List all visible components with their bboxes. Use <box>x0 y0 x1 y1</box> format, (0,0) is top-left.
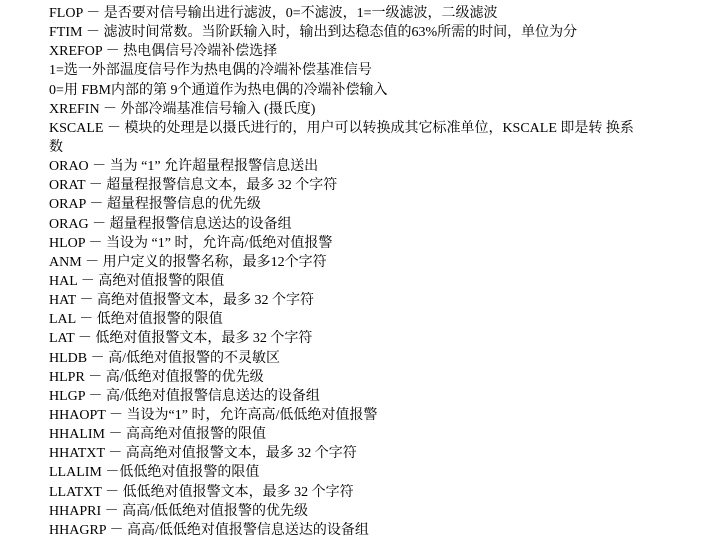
line-hlpr: HLPR － 高/低绝对值报警的优先级 <box>49 368 720 387</box>
line-orap: ORAP － 超量程报警信息的优先级 <box>49 195 720 214</box>
line-llalim: LLALIM －低低绝对值报警的限值 <box>49 463 720 482</box>
line-lat: LAT － 低绝对值报警文本，最多 32 个字符 <box>49 329 720 348</box>
line-kscale: KSCALE － 模块的处理是以摄氏进行的，用户可以转换成其它标准单位，KSCA… <box>49 119 720 138</box>
line-ftim: FTIM － 滤波时间常数。当阶跃输入时，输出到达稳态值的63%所需的时间，单位… <box>49 23 720 42</box>
line-orat: ORAT － 超量程报警信息文本，最多 32 个字符 <box>49 176 720 195</box>
line-orag: ORAG － 超量程报警信息送达的设备组 <box>49 215 720 234</box>
line-hhaopt: HHAOPT － 当设为“1” 时，允许高高/低低绝对值报警 <box>49 406 720 425</box>
line-hhatxt: HHATXT － 高高绝对值报警文本，最多 32 个字符 <box>49 444 720 463</box>
line-hldb: HLDB － 高/低绝对值报警的不灵敏区 <box>49 349 720 368</box>
line-hhalim: HHALIM － 高高绝对值报警的限值 <box>49 425 720 444</box>
line-xrefop: XREFOP － 热电偶信号冷端补偿选择 <box>49 42 720 61</box>
line-hat: HAT － 高绝对值报警文本，最多 32 个字符 <box>49 291 720 310</box>
line-llatxt: LLATXT － 低低绝对值报警文本，最多 32 个字符 <box>49 483 720 502</box>
line-xrefop-option-0: 0=用 FBM内部的第 9个通道作为热电偶的冷端补偿输入 <box>49 81 720 100</box>
line-kscale-continued: 数 <box>49 138 720 157</box>
line-hhapri: HHAPRI － 高高/低低绝对值报警的优先级 <box>49 502 720 521</box>
line-hlgp: HLGP － 高/低绝对值报警信息送达的设备组 <box>49 387 720 406</box>
line-lal: LAL － 低绝对值报警的限值 <box>49 310 720 329</box>
line-hhagrp: HHAGRP － 高高/低低绝对值报警信息送达的设备组 <box>49 521 720 540</box>
line-orao: ORAO － 当为 “1” 允许超量程报警信息送出 <box>49 157 720 176</box>
line-anm: ANM － 用户定义的报警名称，最多12个字符 <box>49 253 720 272</box>
line-xrefop-option-1: 1=选一外部温度信号作为热电偶的冷端补偿基准信号 <box>49 61 720 80</box>
parameter-description-document: FLOP － 是否要对信号输出进行滤波，0=不滤波，1=一级滤波，二级滤波 FT… <box>49 4 720 540</box>
line-hal: HAL － 高绝对值报警的限值 <box>49 272 720 291</box>
line-flop: FLOP － 是否要对信号输出进行滤波，0=不滤波，1=一级滤波，二级滤波 <box>49 4 720 23</box>
line-hlop: HLOP － 当设为 “1” 时，允许高/低绝对值报警 <box>49 234 720 253</box>
line-xrefin: XREFIN － 外部冷端基准信号输入 (摄氏度) <box>49 100 720 119</box>
